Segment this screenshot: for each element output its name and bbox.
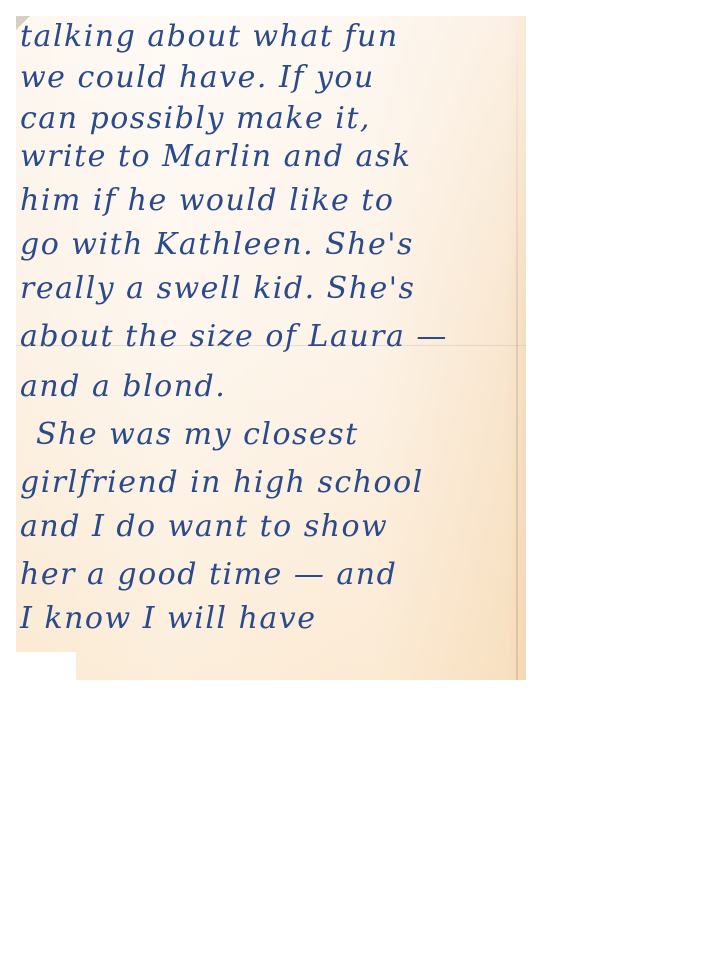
handwritten-line: go with Kathleen. She's [20,230,414,260]
handwritten-line: I know I will have [20,604,316,634]
handwritten-line: we could have. If you [20,63,375,93]
handwritten-line: write to Marlin and ask [20,142,412,172]
handwritten-line: about the size of Laura — [20,322,448,352]
handwritten-line: talking about what fun [20,22,399,52]
handwritten-line: and I do want to show [20,512,388,542]
handwritten-line: her a good time — and [20,560,397,590]
letter-page: talking about what fun we could have. If… [16,16,526,680]
handwritten-line: She was my closest [36,420,359,450]
handwritten-line: really a swell kid. She's [20,274,415,304]
handwritten-line: and a blond. [20,372,226,402]
handwritten-line: can possibly make it, [20,104,371,134]
handwritten-line: him if he would like to [20,186,394,216]
handwritten-line: girlfriend in high school [20,468,424,498]
